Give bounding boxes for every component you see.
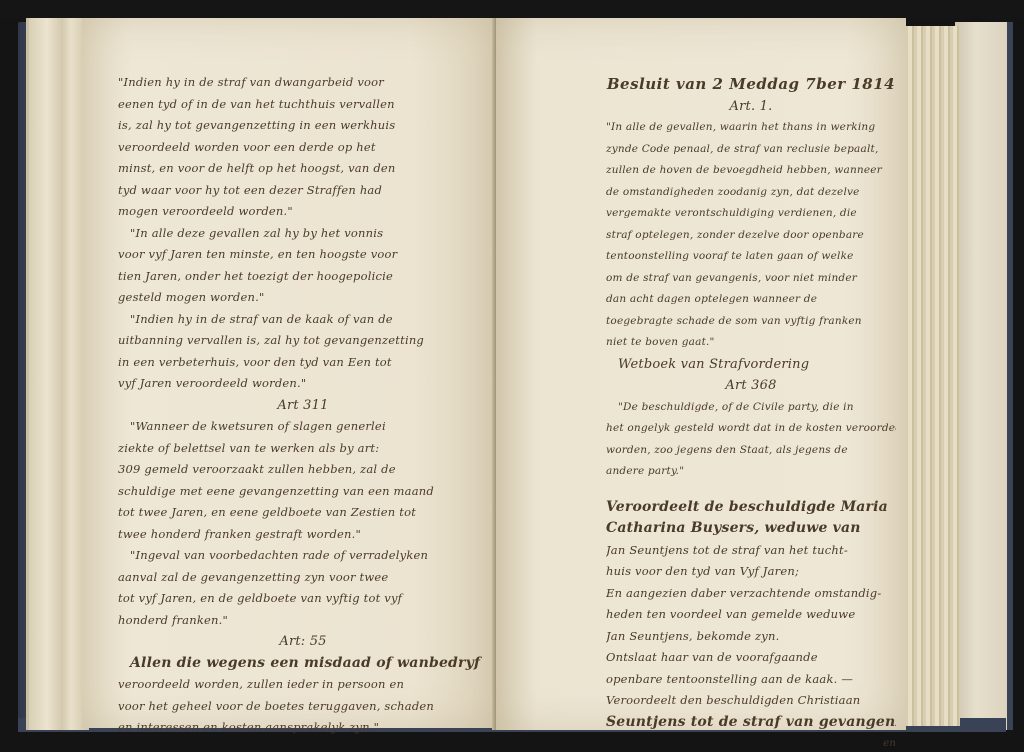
text-line: veroordeeld worden, zullen ieder in pers… [118, 674, 488, 696]
text-line: 309 gemeld veroorzaakt zullen hebben, za… [118, 459, 488, 481]
text-line: eenen tyd of in de van het tuchthuis ver… [118, 94, 488, 116]
text-line: niet te boven gaat." [606, 332, 896, 354]
text-line: "Indien hy in de straf van dwangarbeid v… [118, 72, 488, 94]
verdict-line: Veroordeelt den beschuldigden Christiaan [606, 690, 896, 712]
verdict-line: Jan Seuntjens, bekomde zyn. [606, 626, 896, 648]
verdict-line: Veroordeelt de beschuldigde Maria [606, 497, 896, 519]
text-line: tot vyf Jaren, en de geldboete van vyfti… [118, 588, 488, 610]
text-line: tyd waar voor hy tot een dezer Straffen … [118, 180, 488, 202]
page-stack-right [905, 26, 960, 726]
catchword: en [606, 733, 896, 752]
left-page: "Indien hy in de straf van dwangarbeid v… [82, 18, 494, 728]
text-line: zynde Code penaal, de straf van reclusie… [606, 139, 896, 161]
verdict-line: openbare tentoonstelling aan de kaak. — [606, 669, 896, 691]
photo-background-top [0, 0, 1024, 18]
verdict-line: En aangezien daber verzachtende omstandi… [606, 583, 896, 605]
text-line: straf optelegen, zonder dezelve door ope… [606, 225, 896, 247]
verdict-line: heden ten voordeel van gemelde weduwe [606, 604, 896, 626]
text-line: "De beschuldigde, of de Civile party, di… [606, 397, 896, 419]
text-line: andere party." [606, 461, 896, 483]
text-line: zullen de hoven de bevoegdheid hebben, w… [606, 160, 896, 182]
text-line: "In alle de gevallen, waarin het thans i… [606, 117, 896, 139]
text-line: en interessen en kosten aansprakelyk zyn… [118, 717, 488, 739]
text-line: honderd franken." [118, 610, 488, 632]
book-cover-right [955, 22, 1013, 730]
right-page-text: Besluit van 2 Meddag 7ber 1814 Art. 1. "… [606, 74, 896, 752]
left-page-text: "Indien hy in de straf van dwangarbeid v… [118, 72, 488, 739]
text-line: Allen die wegens een misdaad of wanbedry… [118, 653, 488, 675]
text-line: "Wanneer de kwetsuren of slagen generlei [118, 416, 488, 438]
text-line: voor vyf Jaren ten minste, en ten hoogst… [118, 244, 488, 266]
text-line: dan acht dagen optelegen wanneer de [606, 289, 896, 311]
page-stack-left [26, 18, 89, 730]
text-line: vyf Jaren veroordeeld worden." [118, 373, 488, 395]
text-line: mogen veroordeeld worden." [118, 201, 488, 223]
article-heading: Art 311 [118, 395, 488, 417]
text-line: schuldige met eene gevangenzetting van e… [118, 481, 488, 503]
text-line: in een verbeterhuis, voor den tyd van Ee… [118, 352, 488, 374]
text-line: om de straf van gevangenis, voor niet mi… [606, 268, 896, 290]
text-line: tien Jaren, onder het toezigt der hoogep… [118, 266, 488, 288]
verdict-line: Jan Seuntjens tot de straf van het tucht… [606, 540, 896, 562]
text-line: ziekte of belettsel van te werken als by… [118, 438, 488, 460]
verdict-line: Catharina Buysers, weduwe van [606, 518, 896, 540]
text-line: de omstandigheden zoodanig zyn, dat deze… [606, 182, 896, 204]
article-heading: Art: 55 [118, 631, 488, 653]
verdict-line: huis voor den tyd van Vyf Jaren; [606, 561, 896, 583]
text-line: het ongelyk gesteld wordt dat in de kost… [606, 418, 896, 440]
verdict-line: Seuntjens tot de straf van gevangenzetti… [606, 712, 896, 734]
text-line: minst, en voor de helft op het hoogst, v… [118, 158, 488, 180]
article-heading: Art. 1. [606, 96, 896, 118]
section-title: Wetboek van Strafvordering [606, 354, 896, 376]
text-line: aanval zal de gevangenzetting zyn voor t… [118, 567, 488, 589]
text-line: veroordeeld worden voor een derde op het [118, 137, 488, 159]
decree-title: Besluit van 2 Meddag 7ber 1814 [606, 74, 896, 96]
text-line: vergemakte verontschuldiging verdienen, … [606, 203, 896, 225]
text-line: tot twee Jaren, en eene geldboete van Ze… [118, 502, 488, 524]
text-line: "Indien hy in de straf van de kaak of va… [118, 309, 488, 331]
text-line: twee honderd franken gestraft worden." [118, 524, 488, 546]
text-line: voor het geheel voor de boetes teruggave… [118, 696, 488, 718]
text-line: toegebragte schade de som van vyftig fra… [606, 311, 896, 333]
article-heading: Art 368 [606, 375, 896, 397]
text-line: "Ingeval van voorbedachten rade of verra… [118, 545, 488, 567]
text-line: "In alle deze gevallen zal hy by het von… [118, 223, 488, 245]
text-line: gesteld mogen worden." [118, 287, 488, 309]
text-line: worden, zoo jegens den Staat, als jegens… [606, 440, 896, 462]
text-line: tentoonstelling vooraf te laten gaan of … [606, 246, 896, 268]
text-line: uitbanning vervallen is, zal hy tot geva… [118, 330, 488, 352]
text-line: is, zal hy tot gevangenzetting in een we… [118, 115, 488, 137]
right-page: Besluit van 2 Meddag 7ber 1814 Art. 1. "… [496, 18, 906, 730]
verdict-line: Ontslaat haar van de voorafgaande [606, 647, 896, 669]
